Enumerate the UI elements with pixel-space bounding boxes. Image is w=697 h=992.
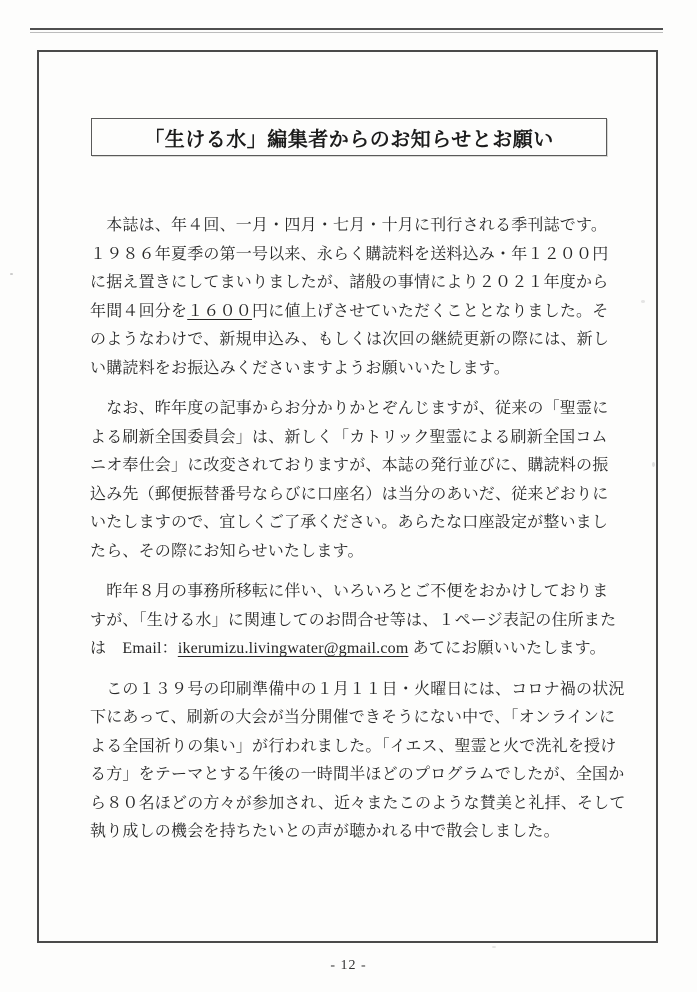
text-line: 昨年８月の事務所移転に伴い、いろいろとご不便をおかけしておりま bbox=[90, 578, 608, 607]
text-segment: いたしますので、宜しくご了承ください。あらたな口座設定が整いまし bbox=[90, 514, 608, 531]
text-line: る方」をテーマとする午後の一時間半ほどのプログラムでしたが、全国か bbox=[90, 761, 608, 790]
text-segment: よる全国祈りの集い」が行われました。「イエス、聖霊と火で洗礼を授け bbox=[90, 738, 616, 755]
notice-title-box: 「生ける水」編集者からのお知らせとお願い bbox=[91, 118, 607, 156]
content-border-box: 「生ける水」編集者からのお知らせとお願い 本誌は、年４回、一月・四月・七月・十月… bbox=[37, 50, 658, 943]
text-line: よる刷新全国委員会」は、新しく「カトリック聖霊による刷新全国コム bbox=[90, 424, 608, 453]
text-segment: る方」をテーマとする午後の一時間半ほどのプログラムでしたが、全国か bbox=[90, 766, 624, 783]
notice-body: 本誌は、年４回、一月・四月・七月・十月に刊行される季刊誌です。１９８６年夏季の第… bbox=[90, 212, 608, 859]
paragraph: 本誌は、年４回、一月・四月・七月・十月に刊行される季刊誌です。１９８６年夏季の第… bbox=[90, 212, 608, 383]
paragraph: この１３９号の印刷準備中の１月１１日・火曜日には、コロナ禍の状況下にあって、刷新… bbox=[90, 676, 608, 847]
text-segment: 込み先（郵便振替番号ならびに口座名）は当分のあいだ、従来どおりに bbox=[90, 486, 608, 503]
text-segment: に据え置きにしてまいりましたが、諸般の事情により２０２１年度から bbox=[90, 274, 608, 291]
text-segment: ニオ奉仕会」に改変されておりますが、本誌の発行並びに、購読料の振 bbox=[90, 457, 608, 474]
scan-speck bbox=[10, 273, 13, 275]
text-segment: なお、昨年度の記事からお分かりかとぞんじますが、従来の「聖霊に bbox=[90, 400, 608, 417]
text-segment: い購読料をお振込みくださいますようお願いいたします。 bbox=[90, 360, 510, 377]
text-line: は Email：ikerumizu.livingwater@gmail.com … bbox=[90, 635, 608, 664]
text-line: 年間４回分を１６００円に値上げさせていただくこととなりました。そ bbox=[90, 298, 608, 327]
text-segment: １９８６年夏季の第一号以来、永らく購読料を送料込み・年１２００円 bbox=[90, 246, 608, 263]
text-segment: は Email： bbox=[90, 640, 178, 657]
text-line: すが、「生ける水」に関連してのお問合せ等は、１ページ表記の住所また bbox=[90, 607, 608, 636]
text-line: ニオ奉仕会」に改変されておりますが、本誌の発行並びに、購読料の振 bbox=[90, 452, 608, 481]
scan-speck bbox=[652, 462, 655, 467]
text-line: のようなわけで、新規申込み、もしくは次回の継続更新の際には、新し bbox=[90, 326, 608, 355]
text-line: に据え置きにしてまいりましたが、諸般の事情により２０２１年度から bbox=[90, 269, 608, 298]
text-segment: 本誌は、年４回、一月・四月・七月・十月に刊行される季刊誌です。 bbox=[90, 217, 607, 234]
paragraph: 昨年８月の事務所移転に伴い、いろいろとご不便をおかけしておりますが、「生ける水」… bbox=[90, 578, 608, 664]
text-line: よる全国祈りの集い」が行われました。「イエス、聖霊と火で洗礼を授け bbox=[90, 733, 608, 762]
underlined-text: ikerumizu.livingwater@gmail.com bbox=[178, 640, 409, 657]
text-line: 執り成しの機会を持ちたいとの声が聴かれる中で散会しました。 bbox=[90, 818, 608, 847]
text-segment: すが、「生ける水」に関連してのお問合せ等は、１ページ表記の住所また bbox=[90, 612, 616, 629]
text-line: い購読料をお振込みくださいますようお願いいたします。 bbox=[90, 355, 608, 384]
text-line: １９８６年夏季の第一号以来、永らく購読料を送料込み・年１２００円 bbox=[90, 241, 608, 270]
text-segment: よる刷新全国委員会」は、新しく「カトリック聖霊による刷新全国コム bbox=[90, 429, 608, 446]
text-segment: 円に値上げさせていただくこととなりました。そ bbox=[252, 303, 608, 320]
text-segment: 下にあって、刷新の大会が当分開催できそうにない中で、「オンラインに bbox=[90, 709, 615, 726]
scan-speck bbox=[492, 946, 496, 948]
text-line: たら、その際にお知らせいたします。 bbox=[90, 538, 608, 567]
text-segment: のようなわけで、新規申込み、もしくは次回の継続更新の際には、新し bbox=[90, 331, 609, 348]
top-divider-rule bbox=[30, 28, 663, 33]
text-segment: たら、その際にお知らせいたします。 bbox=[90, 543, 364, 560]
text-line: 下にあって、刷新の大会が当分開催できそうにない中で、「オンラインに bbox=[90, 704, 608, 733]
underlined-text: １６００ bbox=[187, 303, 252, 320]
text-line: いたしますので、宜しくご了承ください。あらたな口座設定が整いまし bbox=[90, 509, 608, 538]
text-line: 込み先（郵便振替番号ならびに口座名）は当分のあいだ、従来どおりに bbox=[90, 481, 608, 510]
text-segment: 年間４回分を bbox=[90, 303, 187, 320]
text-line: なお、昨年度の記事からお分かりかとぞんじますが、従来の「聖霊に bbox=[90, 395, 608, 424]
paragraph: なお、昨年度の記事からお分かりかとぞんじますが、従来の「聖霊による刷新全国委員会… bbox=[90, 395, 608, 566]
text-line: ら８０名ほどの方々が参加され、近々またこのような賛美と礼拝、そして bbox=[90, 790, 608, 819]
page-number: - 12 - bbox=[0, 958, 697, 974]
text-segment: あてにお願いいたします。 bbox=[408, 640, 605, 657]
text-segment: 執り成しの機会を持ちたいとの声が聴かれる中で散会しました。 bbox=[90, 823, 560, 840]
text-segment: この１３９号の印刷準備中の１月１１日・火曜日には、コロナ禍の状況 bbox=[90, 681, 625, 698]
text-line: この１３９号の印刷準備中の１月１１日・火曜日には、コロナ禍の状況 bbox=[90, 676, 608, 705]
text-segment: 昨年８月の事務所移転に伴い、いろいろとご不便をおかけしておりま bbox=[90, 583, 608, 600]
text-segment: ら８０名ほどの方々が参加され、近々またこのような賛美と礼拝、そして bbox=[90, 795, 626, 812]
text-line: 本誌は、年４回、一月・四月・七月・十月に刊行される季刊誌です。 bbox=[90, 212, 608, 241]
scan-speck bbox=[641, 300, 645, 303]
scanned-document-page: 「生ける水」編集者からのお知らせとお願い 本誌は、年４回、一月・四月・七月・十月… bbox=[0, 0, 697, 992]
notice-title: 「生ける水」編集者からのお知らせとお願い bbox=[144, 123, 553, 152]
